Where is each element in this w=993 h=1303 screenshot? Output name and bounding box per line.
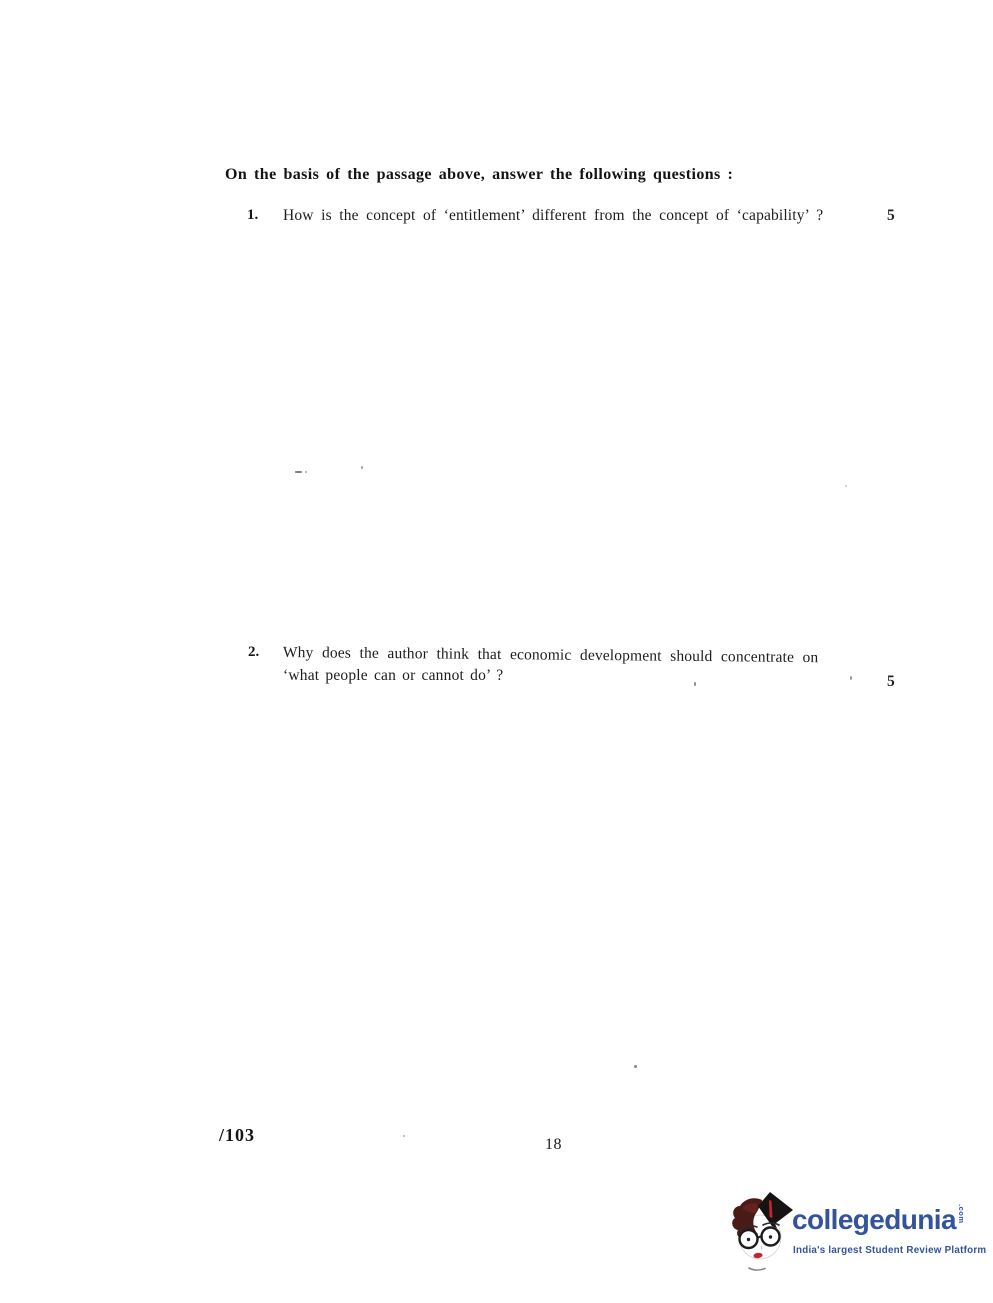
collegedunia-wordmark: collegedunia.com (792, 1204, 966, 1236)
question-2-text-line2: ‘what people can or cannot do’ ? (283, 667, 503, 685)
scan-speck (305, 471, 307, 473)
scan-speck (634, 1065, 637, 1068)
question-2-text-line1: Why does the author think that economic … (283, 644, 819, 667)
scan-speck (850, 676, 852, 680)
brand-text: collegedunia (792, 1204, 956, 1235)
collegedunia-tagline: India's largest Student Review Platform (793, 1245, 986, 1256)
scan-speck (845, 485, 847, 487)
question-1-number: 1. (247, 207, 258, 224)
scan-speck (361, 466, 363, 469)
collegedunia-mascot-icon (732, 1192, 794, 1278)
question-2-number: 2. (248, 644, 259, 661)
scan-speck (694, 682, 696, 686)
paper-code: /103 (219, 1125, 255, 1146)
question-2-marks: 5 (887, 673, 895, 691)
collegedunia-logo: collegedunia.com India's largest Student… (728, 1190, 978, 1280)
brand-domain-text: .com (957, 1204, 966, 1228)
exam-paper-page: On the basis of the passage above, answe… (0, 0, 993, 1303)
page-number: 18 (545, 1136, 562, 1154)
question-1-text: How is the concept of ‘entitlement’ diff… (283, 207, 823, 225)
scan-speck (403, 1135, 405, 1137)
passage-instruction: On the basis of the passage above, answe… (225, 166, 733, 184)
scan-speck (295, 471, 302, 473)
question-1-marks: 5 (887, 207, 895, 225)
